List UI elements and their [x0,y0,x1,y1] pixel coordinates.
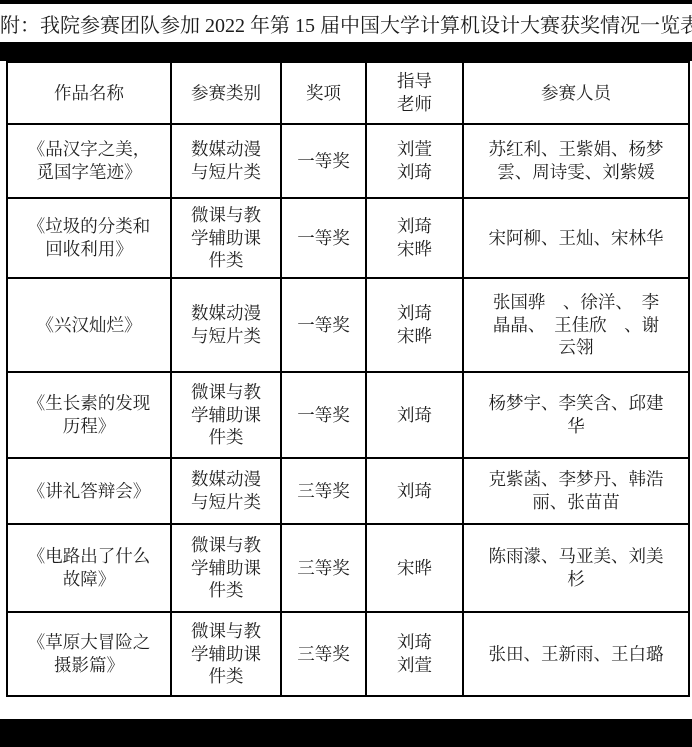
cell-participants: 陈雨濛、马亚美、刘美杉 [463,524,689,612]
cell-category: 微课与教学辅助课件类 [171,612,281,696]
document-title: 附：我院参赛团队参加 2022 年第 15 届中国大学计算机设计大赛获奖情况一览… [0,12,692,40]
awards-table: 作品名称 参赛类别 奖项 指导 老师 参赛人员 《品汉字之美，觅国字笔迹》 数媒… [6,61,690,697]
cell-category: 数媒动漫与短片类 [171,124,281,198]
cell-award: 三等奖 [281,458,366,524]
table-row: 《讲礼答辩会》 数媒动漫与短片类 三等奖 刘琦 克紫菡、李梦丹、韩浩丽、张苗苗 [7,458,689,524]
cell-participants: 杨梦宇、李笑含、邱建华 [463,372,689,458]
cell-category: 数媒动漫与短片类 [171,278,281,372]
cell-category: 微课与教学辅助课件类 [171,372,281,458]
letterbox-bottom-bar [0,719,692,747]
col-header-award: 奖项 [281,62,366,124]
letterbox-top-bar [0,0,692,4]
cell-teacher: 宋晔 [366,524,463,612]
header-row: 作品名称 参赛类别 奖项 指导 老师 参赛人员 [7,62,689,124]
cell-work-name: 《草原大冒险之摄影篇》 [7,612,171,696]
table-row: 《生长素的发现历程》 微课与教学辅助课件类 一等奖 刘琦 杨梦宇、李笑含、邱建华 [7,372,689,458]
cell-work-name: 《兴汉灿烂》 [7,278,171,372]
cell-category: 微课与教学辅助课件类 [171,198,281,278]
cell-work-name: 《电路出了什么故障》 [7,524,171,612]
cell-award: 一等奖 [281,278,366,372]
col-header-category: 参赛类别 [171,62,281,124]
table-row: 《电路出了什么故障》 微课与教学辅助课件类 三等奖 宋晔 陈雨濛、马亚美、刘美杉 [7,524,689,612]
document-page: 附：我院参赛团队参加 2022 年第 15 届中国大学计算机设计大赛获奖情况一览… [0,0,692,747]
cell-award: 三等奖 [281,612,366,696]
cell-participants: 张国骅 、徐洋、 李晶晶、 王佳欣 、谢云翎 [463,278,689,372]
table-row: 《垃圾的分类和回收利用》 微课与教学辅助课件类 一等奖 刘琦 宋晔 宋阿柳、王灿… [7,198,689,278]
cell-participants: 宋阿柳、王灿、宋林华 [463,198,689,278]
cell-award: 一等奖 [281,372,366,458]
cell-work-name: 《生长素的发现历程》 [7,372,171,458]
cell-participants: 张田、王新雨、王白璐 [463,612,689,696]
cell-work-name: 《垃圾的分类和回收利用》 [7,198,171,278]
cell-teacher: 刘琦 [366,458,463,524]
cell-award: 一等奖 [281,198,366,278]
cell-participants: 克紫菡、李梦丹、韩浩丽、张苗苗 [463,458,689,524]
table-row: 《品汉字之美，觅国字笔迹》 数媒动漫与短片类 一等奖 刘萱 刘琦 苏红利、王紫娟… [7,124,689,198]
cell-teacher: 刘琦 [366,372,463,458]
cell-award: 三等奖 [281,524,366,612]
col-header-teacher: 指导 老师 [366,62,463,124]
cell-category: 数媒动漫与短片类 [171,458,281,524]
cell-teacher: 刘琦 宋晔 [366,278,463,372]
cell-participants: 苏红利、王紫娟、杨梦雲、周诗雯、刘紫媛 [463,124,689,198]
col-header-work-name: 作品名称 [7,62,171,124]
table-row: 《草原大冒险之摄影篇》 微课与教学辅助课件类 三等奖 刘琦 刘萱 张田、王新雨、… [7,612,689,696]
divider-band [0,42,692,61]
cell-work-name: 《品汉字之美，觅国字笔迹》 [7,124,171,198]
cell-category: 微课与教学辅助课件类 [171,524,281,612]
cell-award: 一等奖 [281,124,366,198]
col-header-participants: 参赛人员 [463,62,689,124]
cell-teacher: 刘琦 宋晔 [366,198,463,278]
cell-teacher: 刘萱 刘琦 [366,124,463,198]
table-row: 《兴汉灿烂》 数媒动漫与短片类 一等奖 刘琦 宋晔 张国骅 、徐洋、 李晶晶、 … [7,278,689,372]
cell-teacher: 刘琦 刘萱 [366,612,463,696]
cell-work-name: 《讲礼答辩会》 [7,458,171,524]
